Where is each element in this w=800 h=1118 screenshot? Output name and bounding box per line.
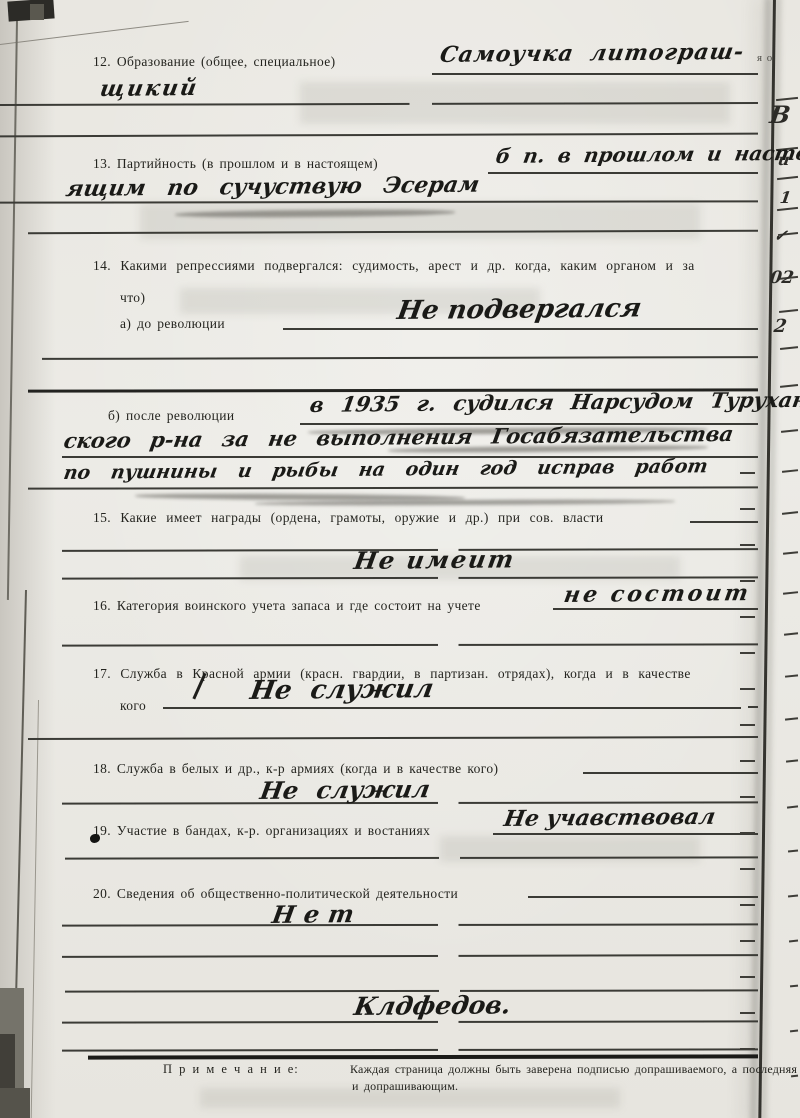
ruled-line-tick (781, 429, 798, 432)
ruled-line-dash (740, 1012, 755, 1014)
rule-line (88, 1054, 758, 1059)
question-14b-answer-line1: в 1935 г. судился Нарсудом Турухан- (308, 387, 800, 417)
question-18-label: 18. Служба в белых и др., к-р армиях (ко… (93, 761, 498, 777)
ruled-line-tick (785, 674, 798, 677)
question-13-answer-line2: ящим по сучуствую Эсерам (64, 172, 481, 202)
ruled-line-dash (740, 940, 755, 942)
ruled-line-dash (740, 796, 755, 798)
question-20-answer: Нет (270, 899, 365, 929)
ruled-line-tick (788, 849, 799, 852)
question-14a-answer: Не подвергался (395, 293, 644, 326)
question-14-label-line2: что) (120, 290, 145, 306)
footnote-text-line1: Каждая страница должны быть заверена под… (350, 1062, 797, 1077)
question-16-answer: не состоит (562, 580, 753, 608)
ruled-line-tick (786, 759, 798, 762)
ruled-line-tick (777, 207, 798, 211)
margin-mark: 2 (773, 316, 788, 337)
ruled-line-tick (777, 176, 798, 180)
next-page-text-fragment: я о (757, 52, 773, 64)
ruled-line-dash (740, 652, 755, 654)
question-13-answer-line1: б п. в прошлом и насто- (494, 141, 800, 168)
paper-crease (0, 21, 189, 45)
ruled-line-tick (779, 309, 798, 313)
ruled-line-dash (740, 472, 755, 474)
ruled-line-tick (783, 591, 798, 594)
binding-mark (30, 4, 44, 20)
question-14-label-line1: 14. Какими репрессиями подвергался: суди… (93, 258, 695, 274)
ruled-line-dash (740, 544, 755, 546)
rule-line (62, 1048, 758, 1051)
bleedthrough-ghost (140, 203, 700, 239)
ruled-line-dash (740, 760, 755, 762)
ruled-line-tick (784, 632, 798, 635)
ruled-line-dash (740, 976, 755, 978)
ink-blot (90, 834, 100, 843)
rule-line (493, 833, 758, 835)
ruled-line-dash (740, 1048, 755, 1050)
question-12-answer-line1: Самоучка литограш- (438, 39, 746, 68)
ruled-line-tick (780, 346, 799, 350)
rule-line (28, 736, 758, 739)
rule-line (583, 772, 758, 774)
ruled-line-tick (782, 511, 798, 514)
rule-line (28, 486, 758, 489)
rule-line (748, 706, 758, 708)
margin-mark: В (768, 100, 792, 129)
margin-mark: 1 (779, 188, 793, 207)
question-13-label: 13. Партийность (в прошлом и в настоящем… (93, 156, 378, 172)
question-19-answer: Не учавствовал (502, 804, 717, 832)
rule-line (432, 73, 758, 75)
rule-line (283, 328, 758, 330)
rule-line (488, 172, 758, 174)
ruled-line-tick (790, 1030, 798, 1032)
paper-crease (7, 20, 18, 600)
scanned-questionnaire-page: я о В и 1 ✓ 02 2 12. Образование (общее,… (0, 0, 800, 1118)
question-18-answer: Не служил (258, 774, 432, 805)
margin-mark: ✓ (773, 226, 789, 245)
rule-line (62, 643, 758, 646)
question-12-answer-line2: щикий (98, 75, 200, 102)
question-15-answer: Не имеит (352, 544, 518, 575)
rule-line (62, 923, 758, 926)
ruled-line-tick (790, 985, 798, 987)
ruled-line-tick (788, 894, 798, 897)
rule-line (528, 896, 758, 898)
ruled-line-dash (740, 688, 755, 690)
ruled-line-dash (740, 508, 755, 510)
rule-line (42, 356, 758, 359)
margin-mark: 02 (769, 268, 795, 288)
question-19-label: 19. Участие в бандах, к-р. организациях … (93, 823, 430, 839)
margin-mark: и (777, 150, 791, 169)
ruled-line-dash (740, 832, 755, 834)
rule-line (553, 608, 758, 610)
torn-paper-edge (0, 1088, 30, 1118)
rule-line (62, 1020, 758, 1023)
ruled-line-tick (781, 469, 798, 472)
question-16-label: 16. Категория воинского учета запаса и г… (93, 598, 481, 614)
rule-line (163, 707, 741, 709)
ruled-line-dash (740, 724, 755, 726)
ruled-line-dash (740, 616, 755, 618)
question-17-answer: Не служил (248, 674, 436, 706)
ruled-line-dash (740, 868, 755, 870)
rule-line (690, 521, 758, 523)
rule-line (0, 133, 758, 137)
signature-handwriting: Клдфедов. (352, 990, 513, 1021)
question-14b-label: б) после революции (108, 408, 234, 424)
question-14b-answer-line3: по пушнины и рыбы на один год исправ раб… (62, 455, 709, 484)
question-14a-label: а) до революции (120, 316, 225, 332)
ruled-line-tick (787, 805, 798, 808)
ruled-line-dash (740, 904, 755, 906)
rule-line (62, 954, 758, 957)
ruled-line-tick (789, 940, 798, 943)
question-12-label: 12. Образование (общее, специальное) (93, 54, 336, 70)
ruled-line-tick (785, 717, 798, 720)
question-17-label-line2: кого (120, 698, 146, 714)
footnote-label: П р и м е ч а н и е: (163, 1062, 299, 1077)
page-fold-line (758, 0, 776, 1118)
ruled-line-tick (783, 551, 798, 554)
footnote-text-line2: и допрашивающим. (352, 1079, 458, 1094)
paper-crease (31, 700, 39, 1118)
question-15-label: 15. Какие имеет награды (ордена, грамоты… (93, 510, 603, 526)
